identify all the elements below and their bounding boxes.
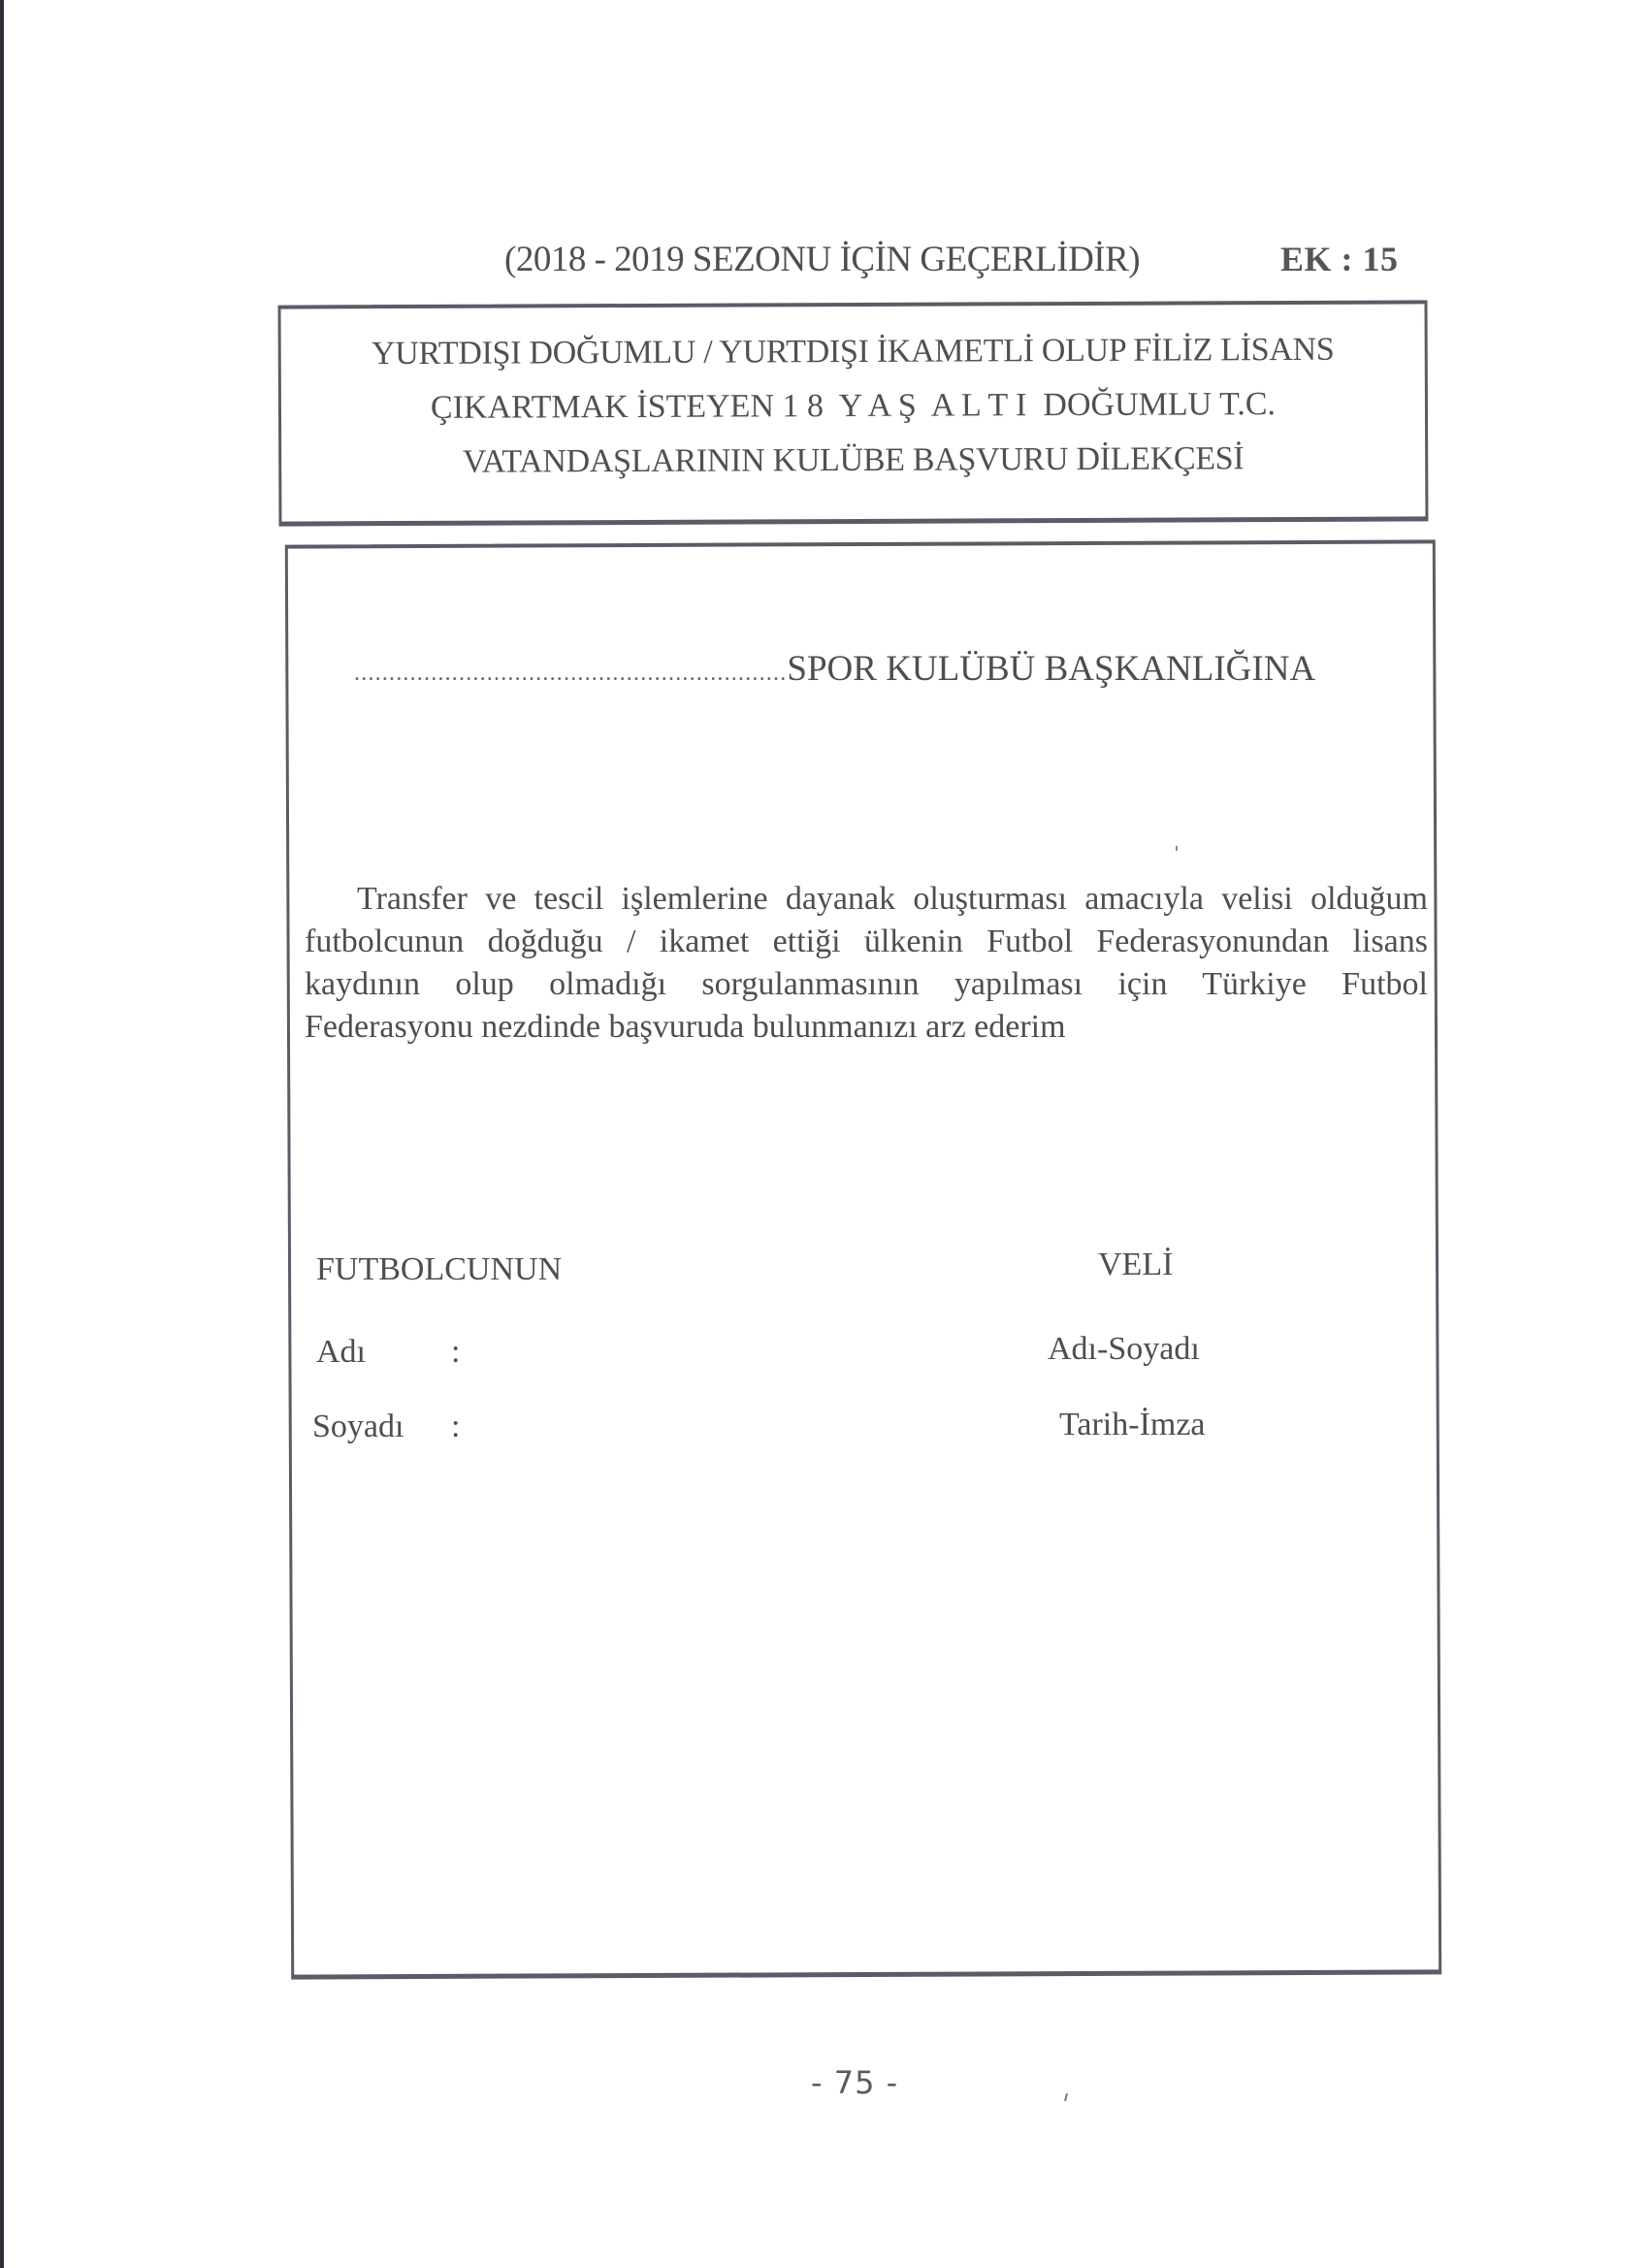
title-line-3: VATANDAŞLARININ KULÜBE BAŞVURU DİLEKÇESİ bbox=[281, 439, 1425, 481]
player-surname-label: Soyadı bbox=[312, 1409, 404, 1445]
title-line-1: YURTDIŞI DOĞUMLU / YURTDIŞI İKAMETLİ OLU… bbox=[281, 331, 1425, 373]
player-name-separator: : bbox=[451, 1334, 460, 1371]
petition-paragraph: Transfer ve tescil işlemlerine dayanak o… bbox=[305, 878, 1428, 1049]
paragraph-line-4: Federasyonu nezdinde başvuruda bulunmanı… bbox=[305, 1006, 1428, 1049]
player-heading: FUTBOLCUNUN bbox=[316, 1251, 562, 1288]
title-line-2: ÇIKARTMAK İSTEYEN 1 8 Y A Ş A L T I DOĞU… bbox=[281, 385, 1425, 427]
player-name-label: Adı bbox=[316, 1334, 366, 1371]
paragraph-line-2: futbolcunun doğduğu / ikamet ettiği ülke… bbox=[305, 921, 1428, 963]
addressee-text: SPOR KULÜBÜ BAŞKANLIĞINA bbox=[787, 649, 1315, 689]
guardian-name-label: Adı-Soyadı bbox=[1048, 1331, 1200, 1368]
page-number: - 75 - bbox=[811, 2064, 898, 2101]
club-name-blank: ........................................… bbox=[354, 661, 787, 686]
paragraph-line-3: kaydının olup olmadığı sorgulanmasının y… bbox=[305, 963, 1428, 1006]
title-box: YURTDIŞI DOĞUMLU / YURTDIŞI İKAMETLİ OLU… bbox=[278, 300, 1429, 526]
guardian-date-signature-label: Tarih-İmza bbox=[1059, 1407, 1206, 1443]
scan-speck bbox=[1176, 846, 1178, 851]
scan-speck bbox=[1064, 2093, 1068, 2101]
annex-label: EK : 15 bbox=[1280, 239, 1399, 279]
guardian-heading: VELİ bbox=[1098, 1247, 1173, 1283]
paragraph-line-1: Transfer ve tescil işlemlerine dayanak o… bbox=[305, 878, 1428, 921]
player-surname-separator: : bbox=[451, 1409, 460, 1445]
scan-edge-shadow bbox=[0, 0, 4, 2268]
addressee-line: ........................................… bbox=[354, 648, 1315, 690]
validity-note: (2018 - 2019 SEZONU İÇİN GEÇERLİDİR) bbox=[504, 239, 1140, 280]
